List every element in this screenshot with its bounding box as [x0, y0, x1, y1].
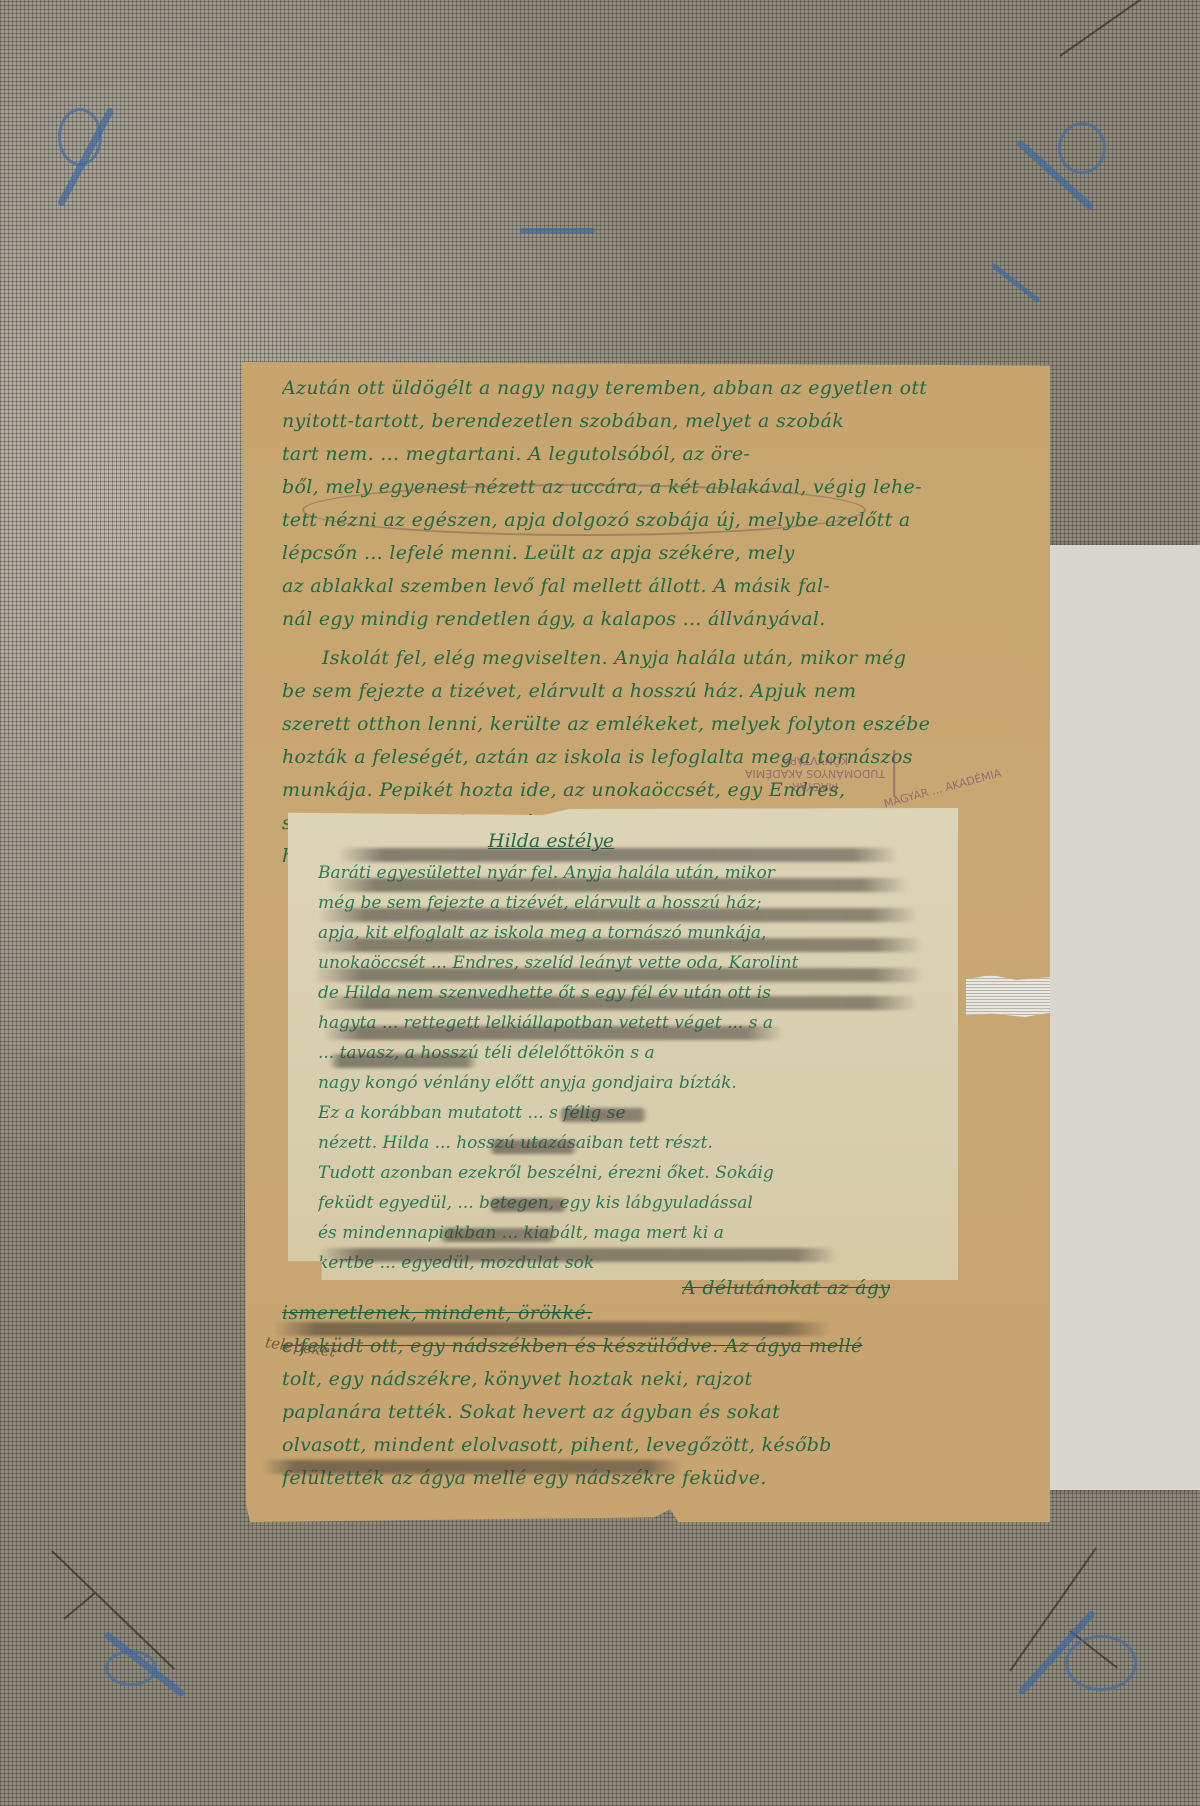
- handwritten-line: az ablakkal szemben levő fal mellett áll…: [282, 570, 1020, 603]
- pencil-strikeout: [323, 1026, 783, 1040]
- blue-pencil-circle-icon: [1065, 1635, 1137, 1691]
- slip-line: Tudott azonban ezekről beszélni, érezni …: [318, 1158, 938, 1188]
- registration-mark-bottom-right: [1000, 1520, 1170, 1700]
- pencil-strikeout: [328, 878, 908, 892]
- blue-pencil-dash-icon: [520, 228, 595, 233]
- handwritten-line: Iskolát fel, elég megviselten. Anyja hal…: [282, 642, 1020, 675]
- handwritten-line: Azután ott üldögélt a nagy nagy teremben…: [282, 372, 1020, 405]
- pencil-cross-line: [63, 1593, 95, 1620]
- slip-line: nézett. Hilda ... hosszú utazásaiban tet…: [318, 1128, 938, 1158]
- handwritten-line: lépcsőn ... lefelé menni. Leült az apja …: [282, 537, 1020, 570]
- blue-pencil-circle-icon: [1058, 122, 1106, 174]
- registration-mark-top-left: [40, 100, 140, 210]
- handwritten-line: nyitott-tartott, berendezetlen szobában,…: [282, 405, 1020, 438]
- pencil-strikeout: [318, 1248, 838, 1262]
- registration-mark-bottom-left: [50, 1540, 190, 1700]
- handwritten-line: tolt, egy nádszékre, könyvet hoztak neki…: [282, 1363, 1020, 1396]
- handwritten-line: hozták a feleségét, aztán az iskola is l…: [282, 741, 1020, 774]
- pencil-cross-line: [51, 1550, 175, 1670]
- stamp-line: TUDOMÁNYOS AKADÉMIA: [745, 767, 885, 780]
- handwritten-line: nál egy mindig rendetlen ágy, a kalapos …: [282, 603, 1020, 636]
- handwritten-line: olvasott, mindent elolvasott, pihent, le…: [282, 1429, 1020, 1462]
- pencil-strikeout: [262, 1460, 682, 1474]
- pencil-strikeout: [318, 908, 918, 922]
- slip-line: nagy kongó vénlány előtt anyja gondjaira…: [318, 1068, 938, 1098]
- handwritten-line: be sem fejezte a tizévet, elárvult a hos…: [282, 675, 1020, 708]
- handwritten-line: szerett otthon lenni, kerülte az emlékek…: [282, 708, 1020, 741]
- pencil-strikeout: [313, 938, 923, 952]
- pencil-strikeout: [313, 968, 923, 982]
- pencil-strikeout: [438, 1228, 558, 1242]
- blue-pencil-stroke-icon: [990, 263, 1040, 304]
- pencil-corner-line: [1059, 0, 1167, 57]
- handwritten-line: tart nem. ... megtartani. A legutolsóból…: [282, 438, 1020, 471]
- registration-mark-top-center: [520, 228, 600, 234]
- stamp-line: MAGYAR: [745, 780, 885, 793]
- pencil-strikeout: [488, 1198, 568, 1212]
- pasted-slip: Hilda estélye Baráti egyesülettel nyár f…: [288, 808, 958, 1280]
- pencil-strikeout: [318, 996, 918, 1010]
- pencil-strikeout: [558, 1108, 648, 1122]
- pencil-strikeout: [328, 1054, 478, 1068]
- pencil-loop-annotation: [302, 484, 866, 536]
- torn-paper-gap: [966, 975, 1050, 1017]
- pencil-strikeout: [488, 1140, 578, 1154]
- pencil-strikeout: [338, 848, 898, 862]
- pencil-strikeout: [272, 1322, 832, 1336]
- slip-line: feküdt egyedül, ... betegen, egy kis láb…: [318, 1188, 938, 1218]
- registration-mark-top-right: [1010, 110, 1130, 240]
- slip-line: és mindennapiakban ... kiabált, maga mer…: [318, 1218, 938, 1248]
- white-backing-card: [1050, 545, 1200, 1490]
- manuscript-sheet: Azután ott üldögélt a nagy nagy teremben…: [242, 362, 1050, 1522]
- handwritten-line: paplanára tették. Sokat hevert az ágyban…: [282, 1396, 1020, 1429]
- library-stamp: MAGYAR TUDOMÁNYOS AKADÉMIA KÖNYVTÁRA: [737, 750, 895, 797]
- stamp-line: KÖNYVTÁRA: [745, 754, 885, 767]
